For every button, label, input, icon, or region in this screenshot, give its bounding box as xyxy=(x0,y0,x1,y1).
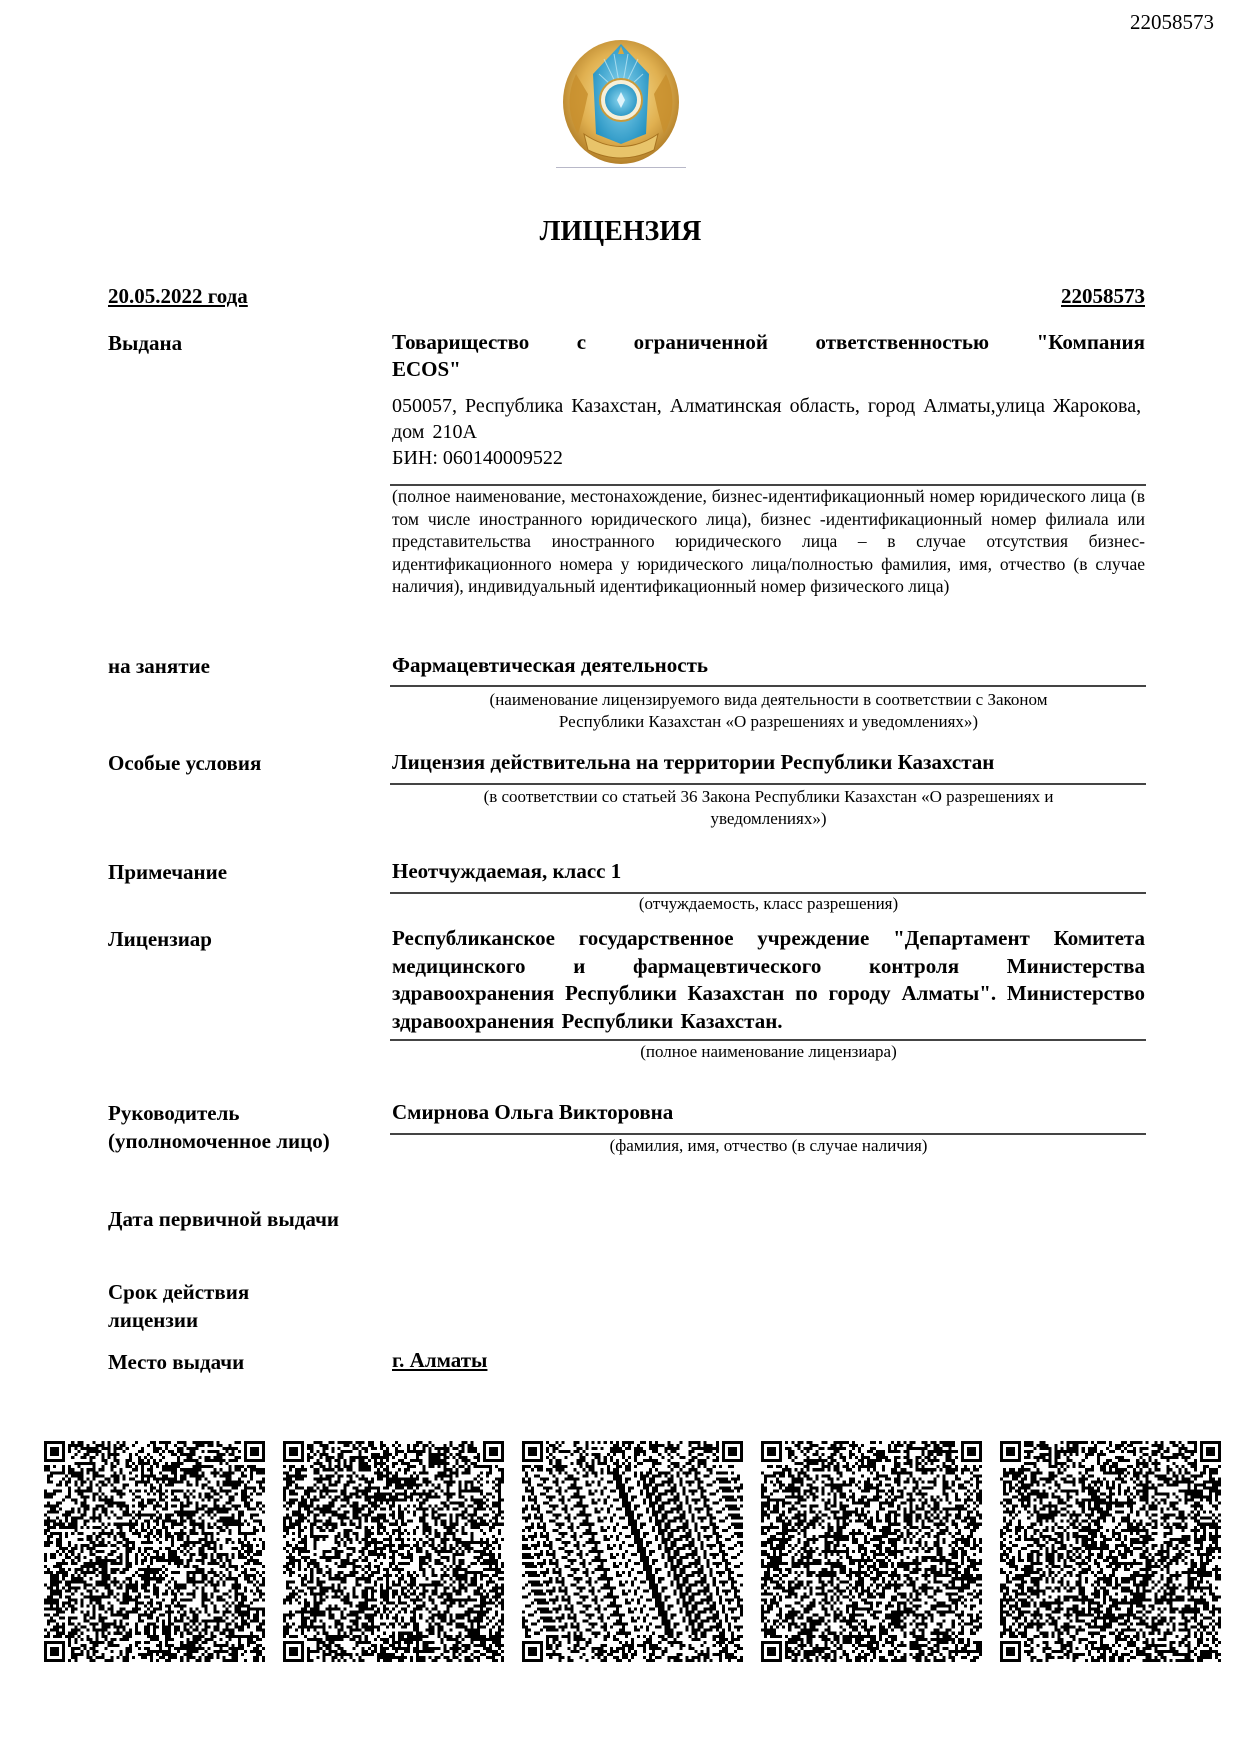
issued-to-address: 050057, Республика Казахстан, Алматинска… xyxy=(392,393,1145,445)
note-value: Неотчуждаемая, класс 1 xyxy=(392,858,1145,885)
head-value: Смирнова Ольга Викторовна xyxy=(392,1099,1145,1126)
special-conditions-label: Особые условия xyxy=(108,749,398,777)
activity-label: на занятие xyxy=(108,652,398,680)
special-conditions-rule xyxy=(390,783,1146,785)
issued-to-hint: (полное наименование, местонахождение, б… xyxy=(392,485,1145,598)
qr-code-4 xyxy=(761,1441,982,1662)
activity-rule xyxy=(390,685,1146,687)
head-label-line2: (уполномоченное лицо) xyxy=(108,1127,398,1155)
issued-to-bin: БИН: 060140009522 xyxy=(392,445,1145,472)
validity-label-line2: лицензии xyxy=(108,1306,398,1334)
registration-number: 22058573 xyxy=(1061,284,1145,309)
special-conditions-hint: (в соответствии со статьей 36 Закона Рес… xyxy=(392,786,1145,830)
note-label: Примечание xyxy=(108,858,398,886)
first-issue-date-label: Дата первичной выдачи xyxy=(108,1205,398,1233)
qr-code-3 xyxy=(522,1441,743,1662)
document-title: ЛИЦЕНЗИЯ xyxy=(0,216,1241,248)
note-hint: (отчуждаемость, класс разрешения) xyxy=(392,893,1145,915)
place-of-issue-value: г. Алматы xyxy=(392,1348,487,1373)
state-emblem-icon xyxy=(554,34,688,170)
document-number-top: 22058573 xyxy=(1130,10,1214,35)
head-label-line1: Руководитель xyxy=(108,1099,398,1127)
activity-value: Фармацевтическая деятельность xyxy=(392,652,1145,679)
qr-code-2 xyxy=(283,1441,504,1662)
licensor-hint: (полное наименование лицензиара) xyxy=(392,1041,1145,1063)
validity-label-line1: Срок действия xyxy=(108,1278,398,1306)
head-hint: (фамилия, имя, отчество (в случае наличи… xyxy=(392,1135,1145,1157)
issued-to-label: Выдана xyxy=(108,329,398,357)
licensor-value: Республиканское государственное учрежден… xyxy=(392,925,1145,1035)
place-of-issue-label: Место выдачи xyxy=(108,1348,398,1376)
emblem-underline xyxy=(556,167,686,168)
licensor-label: Лицензиар xyxy=(108,925,398,953)
activity-hint: (наименование лицензируемого вида деятел… xyxy=(392,689,1145,733)
issue-date: 20.05.2022 года xyxy=(108,284,248,309)
special-conditions-value: Лицензия действительна на территории Рес… xyxy=(392,749,1145,776)
issued-to-name-line2: ECOS" xyxy=(392,356,1145,383)
qr-code-1 xyxy=(44,1441,265,1662)
issued-to-name-line1: Товарищество с ограниченной ответственно… xyxy=(392,329,1145,356)
qr-code-5 xyxy=(1000,1441,1221,1662)
